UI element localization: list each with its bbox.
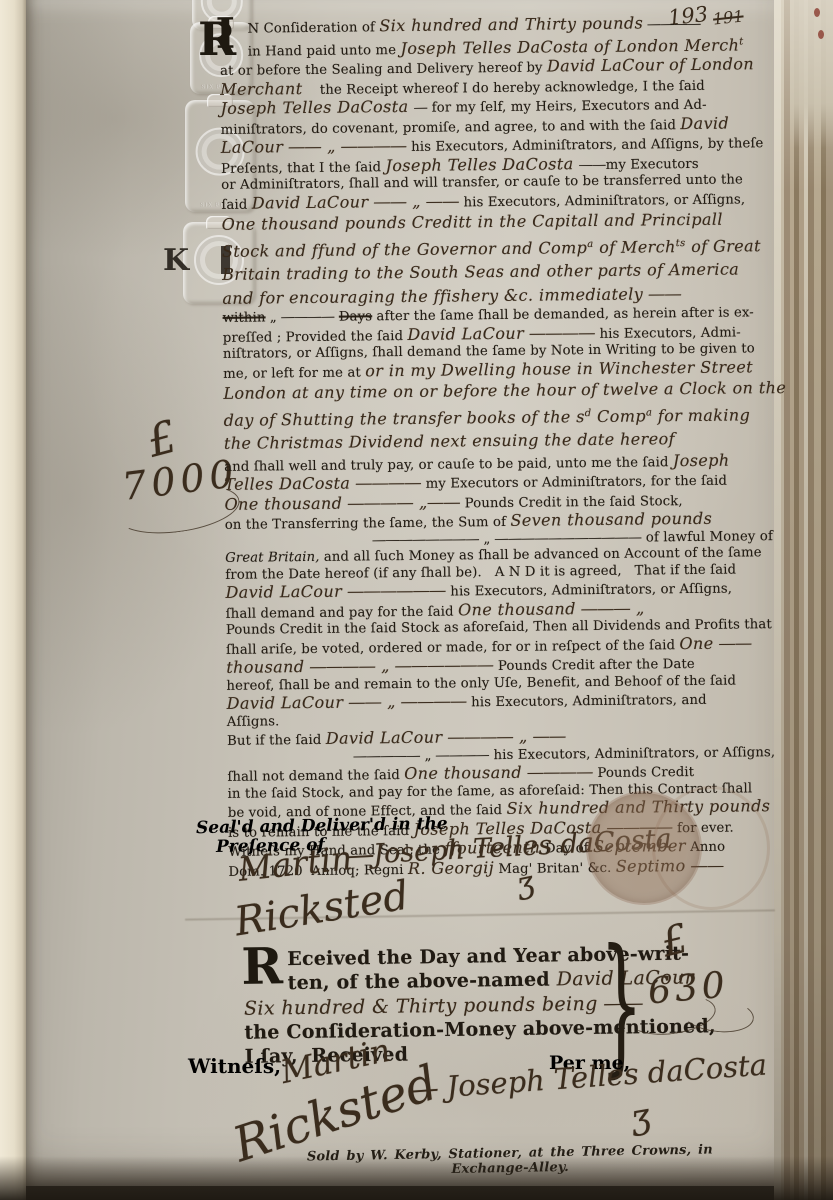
binding-gutter [774,0,833,1200]
handwritten-text: and for encouraging the ffishery &c. imm… [222,284,681,308]
printed-text: his Executors, Admi- [595,325,741,342]
handwritten-text: t [739,36,744,47]
deed-lines: N Conſideration of Six hundred and Thirt… [220,13,777,881]
printed-text: his Executors, Adminiſtrators, or Aſſign… [446,582,732,600]
handwritten-text: David LaCour ―― „ ―――― [227,691,467,713]
handwritten-text: Merchant [220,79,302,99]
printed-text: ten, of the above-named [288,968,557,994]
handwritten-text: David LaCour of London [547,54,754,75]
printed-text: Pounds Credit in the ſaid Stock, [460,494,682,511]
deed-drop-cap: I [215,16,235,52]
handwritten-text: David [680,113,729,133]
handwritten-text: or in my Dwelling house in Winchester St… [365,357,753,380]
printed-text: Days [339,309,372,324]
printed-text: preſſed ; Provided the ſaid [223,328,408,345]
page-corner [790,0,833,148]
handwritten-text: Stock and ffund of the Governor and Comp [222,238,588,261]
handwritten-text: David LaCour ―――― [407,322,595,343]
printed-text: at or before the Sealing and Delivery he… [220,60,547,78]
handwritten-text: Joseph Telles DaCosta [385,154,579,175]
handwritten-text: Telles DaCosta ―――― [224,473,421,494]
printed-text: ſaid [221,197,252,212]
printed-text: on the Transferring the ſame, the Sum of [225,515,511,533]
printed-text: ſhall demand and pay for the ſaid [226,604,458,621]
handwritten-text: One thousand ―――― [404,762,593,783]
handwritten-text: day of Shutting the transfer books of th… [224,407,585,430]
printed-text: his Executors, Adminiſtrators, or Aſſign… [459,192,745,210]
handwritten-text: Six hundred and Thirty pounds [379,13,643,35]
receipt-drop-cap: R [241,944,283,989]
handwritten-text: Joseph [673,450,730,470]
printed-text: N Conſideration of [248,20,380,36]
printed-text: ――my Executors [579,156,699,172]
printed-text: me, or left for me at [223,365,365,381]
printed-text: „ ―――― [265,310,339,326]
printed-text: after the ſame ſhall be demanded, as her… [372,305,754,324]
printed-text: my Executors or Adminiſtrators, for the … [421,474,727,492]
handwritten-text: of Merch [594,237,676,257]
handwritten-text: One thousand ―――― „―― [224,492,460,513]
printed-text: ― for my ſelf, my Heirs, Executors and A… [414,98,707,116]
printed-text: Pounds Credit [593,765,694,781]
handwritten-text: One thousand pounds Creditt in the Capit… [222,210,723,234]
page-bottom-shadow [0,1156,833,1200]
offset-ink-mark: K [163,243,189,278]
printed-text: Aſſigns. [227,714,280,730]
printed-text: Pounds Credit after the Date [494,657,695,674]
handwritten-text: Britain trading to the South Seas and ot… [222,259,739,283]
printed-text: in Hand paid unto me [248,43,401,60]
handwritten-text: London at any time on or before the hour… [223,378,786,403]
printed-text: Preſents, that I the ſaid [221,160,386,177]
handwritten-text: Seven thousand pounds [510,509,712,530]
handwritten-text: One thousand ――― „ [458,598,645,619]
handwritten-text: David LaCour ―――― „ ―― [326,726,566,748]
printed-text: But if the ſaid [227,733,326,749]
handwritten-text: the Christmas Dividend next ensuing the … [224,429,675,453]
printed-text: his Executors, Adminiſtrators, and Aſſig… [407,136,764,155]
handwritten-text: David LaCour ―― „ ―― [252,191,460,212]
printed-text: Great Britain, [225,550,320,566]
handwritten-text: Comp [592,406,647,426]
handwritten-text: ts [676,238,686,249]
printed-text: ――――― „ ―――― his Executors, Adminiſtrato… [353,745,775,764]
handwritten-text: for making [652,405,750,425]
handwritten-text: thousand ―――― „ ―――――― [226,655,494,677]
seal-offset-ring [652,786,770,910]
binding-speck [814,8,820,17]
book-fore-edge [0,0,26,1200]
handwritten-text: One ―― [679,633,752,653]
witness-label: Witneſs, [188,1054,281,1078]
printed-text: his Executors, Adminiſtrators, and [467,693,707,711]
handwritten-text: David LaCour ―――――― [225,581,446,602]
handwritten-text: of Great [686,236,761,256]
binding-speck [818,30,824,39]
deed-text: I N Conſideration of Six hundred and Thi… [220,13,777,881]
handwritten-text: Joseph Telles DaCosta [220,97,414,118]
printed-text: ſhall not demand the ſaid [227,768,404,785]
printed-text: ―――― [643,17,701,33]
handwritten-text: LaCour ―― „ ―――― [221,136,407,157]
handwritten-text: Six hundred & Thirty pounds being ―― [244,992,643,1020]
printed-text: within [223,310,266,325]
